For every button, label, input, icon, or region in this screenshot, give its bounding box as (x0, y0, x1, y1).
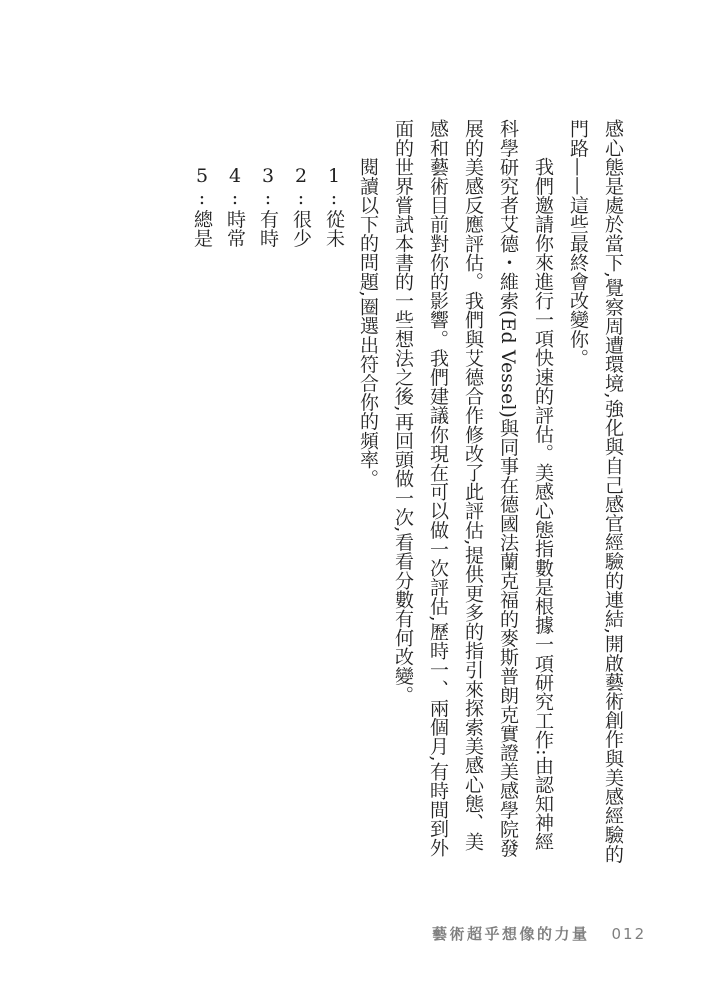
rating-separator: : (257, 187, 279, 209)
paragraph-instructions: 閱讀以下的問題,圈選出符合你的頻率。 (350, 119, 385, 865)
rating-label: 從未 (323, 209, 345, 247)
rating-number: 3 (257, 165, 279, 187)
rating-scale-item-1: 1:從未 (317, 119, 350, 865)
rating-number: 1 (323, 165, 345, 187)
paragraph-continuation: 感心態是處於當下,覺察周遭環境,強化與自己感官經驗的連結,開啟藝術創作與美感經驗… (560, 119, 630, 865)
rating-scale-item-2: 2:很少 (284, 119, 317, 865)
footer-page-number: 012 (612, 925, 647, 943)
footer-book-title: 藝術超乎想像的力量 (432, 923, 590, 944)
rating-number: 5 (191, 165, 213, 187)
page-footer: 藝術超乎想像的力量 012 (432, 923, 646, 944)
rating-separator: : (191, 187, 213, 209)
page-body-vertical-text: 感心態是處於當下,覺察周遭環境,強化與自己感官經驗的連結,開啟藝術創作與美感經驗… (185, 119, 630, 865)
rating-separator: : (224, 187, 246, 209)
rating-label: 總是 (191, 209, 213, 247)
rating-scale-item-5: 5:總是 (185, 119, 218, 865)
book-page: 感心態是處於當下,覺察周遭環境,強化與自己感官經驗的連結,開啟藝術創作與美感經驗… (0, 0, 711, 1000)
rating-scale-list: 1:從未 2:很少 3:有時 4:時常 5:總是 (185, 119, 350, 865)
rating-separator: : (290, 187, 312, 209)
rating-label: 有時 (257, 209, 279, 247)
rating-label: 時常 (224, 209, 246, 247)
rating-label: 很少 (290, 209, 312, 247)
rating-separator: : (323, 187, 345, 209)
rating-scale-item-4: 4:時常 (218, 119, 251, 865)
rating-number: 4 (224, 165, 246, 187)
rating-number: 2 (290, 165, 312, 187)
paragraph-assessment-intro: 我們邀請你來進行一項快速的評估。美感心態指數是根據一項研究工作:由認知神經科學研… (385, 119, 560, 865)
rating-scale-item-3: 3:有時 (251, 119, 284, 865)
